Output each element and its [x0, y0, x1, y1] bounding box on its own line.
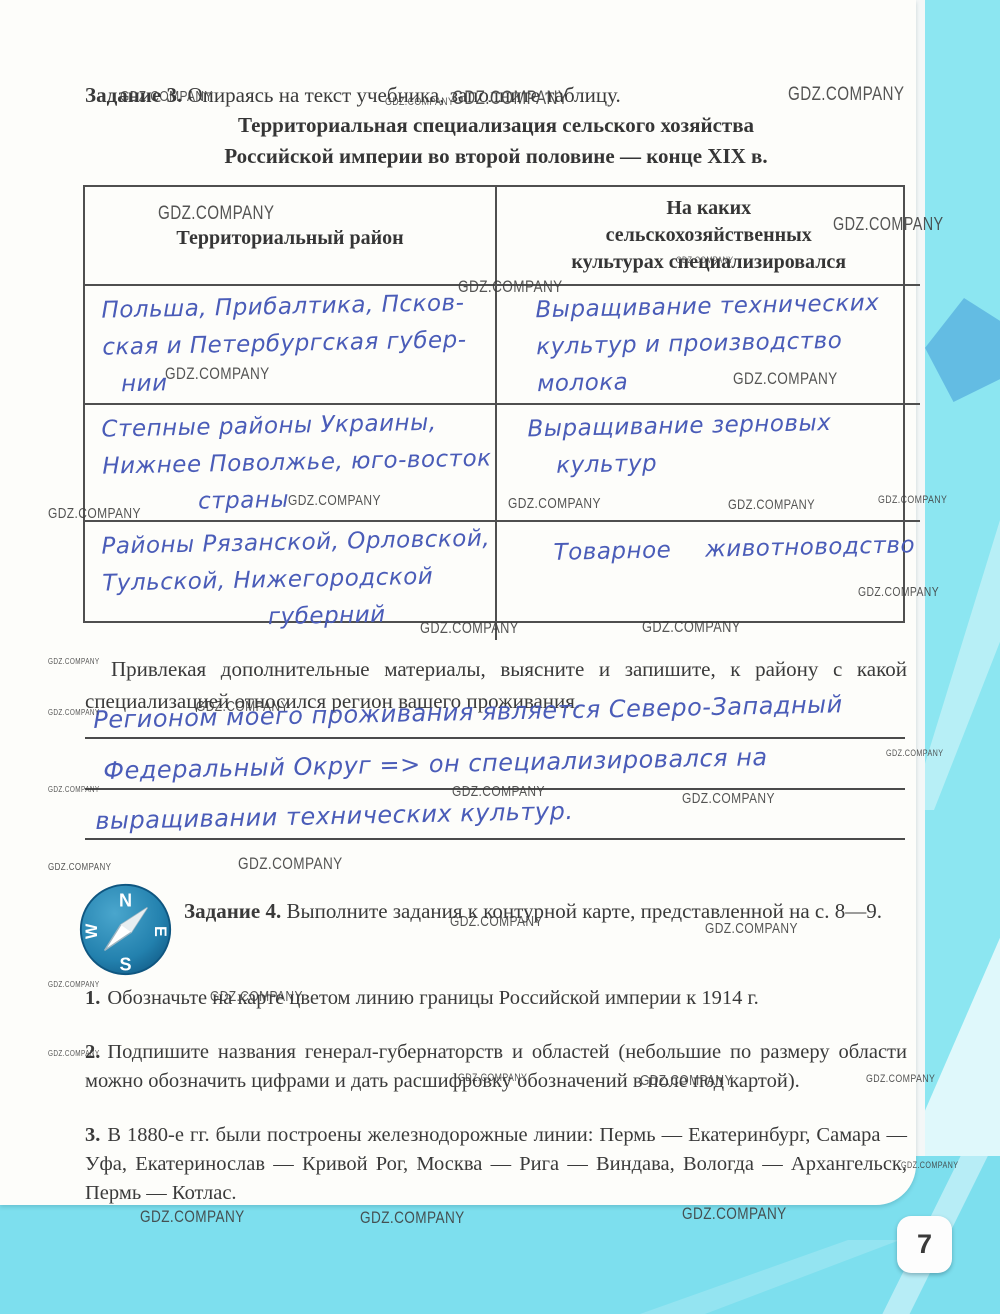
task4-item-3: 3.В 1880-е гг. были построены железнодор… — [85, 1121, 907, 1208]
handwriting-answer-2: Федеральный Округ => он специализировалс… — [103, 739, 768, 790]
handwriting-row2-culture: Выращивание зерновых культур — [497, 396, 922, 486]
item1-number: 1. — [85, 987, 100, 1009]
table-row1-region: Польша, Прибалтика, Псков- ская и Петерб… — [85, 286, 497, 405]
handwriting-row3-culture: Товарное животноводство — [497, 513, 921, 573]
hw-line: культур — [528, 440, 916, 485]
watermark: GDZ.COMPANY — [48, 785, 100, 794]
table-title-line2: Российской империи во второй половине — … — [85, 141, 907, 172]
watermark: GDZ.COMPANY — [886, 748, 943, 758]
table-title-line1: Территориальная специализация сельского … — [85, 110, 907, 141]
item3-text: В 1880-е гг. были построены железнодорож… — [85, 1124, 907, 1204]
watermark: GDZ.COMPANY — [682, 1204, 787, 1224]
task4-item-1: 1.Обозначьте на карте цветом линию грани… — [85, 984, 907, 1013]
watermark: GDZ.COMPANY — [705, 920, 798, 937]
task4-heading-label: Задание 4. — [184, 899, 281, 923]
watermark: GDZ.COMPANY — [238, 854, 343, 874]
compass-west-label: W — [83, 923, 101, 939]
watermark: GDZ.COMPANY — [676, 255, 733, 265]
watermark: GDZ.COMPANY — [48, 1049, 100, 1058]
watermark: GDZ.COMPANY — [360, 1208, 465, 1228]
watermark: GDZ.COMPANY — [420, 620, 519, 638]
handwriting-answer-3: выращивании технических культур. — [95, 793, 574, 840]
watermark: GDZ.COMPANY — [733, 369, 838, 389]
col1-header: Территориальный район — [85, 187, 497, 286]
compass-icon: N S W E — [78, 882, 173, 977]
compass-east-label: E — [151, 926, 169, 937]
watermark: GDZ.COMPANY — [48, 980, 100, 989]
watermark: GDZ.COMPANY — [452, 783, 545, 800]
handwriting-row1-region: Польша, Прибалтика, Псков- ская и Петерб… — [85, 277, 497, 404]
watermark: GDZ.COMPANY — [48, 862, 111, 873]
watermark: GDZ.COMPANY — [165, 364, 270, 384]
watermark: GDZ.COMPANY — [158, 203, 274, 225]
watermark: GDZ.COMPANY — [642, 619, 741, 637]
page-number-badge: 7 — [897, 1216, 952, 1273]
watermark: GDZ.COMPANY — [878, 494, 947, 506]
watermark: GDZ.COMPANY — [788, 84, 904, 106]
watermark: GDZ.COMPANY — [728, 496, 815, 512]
watermark: GDZ.COMPANY — [833, 214, 944, 235]
watermark: GDZ.COMPANY — [48, 657, 100, 666]
watermark: GDZ.COMPANY — [120, 88, 213, 105]
answer-line-3: выращивании технических культур. — [85, 796, 905, 840]
hw-line: Товарное животноводство — [553, 527, 915, 572]
item1-text: Обозначьте на карте цветом линию границы… — [107, 987, 758, 1009]
watermark: GDZ.COMPANY — [640, 1072, 733, 1089]
watermark: GDZ.COMPANY — [48, 505, 141, 522]
compass-south-label: S — [119, 954, 131, 974]
workbook-page: Задание 3. Опираясь на текст учебника, з… — [0, 0, 1000, 1314]
col2-header: На каких сельскохозяйственных культурах … — [497, 187, 920, 286]
table-row1-culture: Выращивание технических культур и произв… — [497, 286, 920, 405]
item3-number: 3. — [85, 1124, 100, 1146]
compass-north-label: N — [119, 891, 132, 911]
task4-item-2: 2.Подпишите названия генерал-губернаторс… — [85, 1038, 907, 1096]
table-title: Территориальная специализация сельского … — [85, 110, 907, 172]
watermark: GDZ.COMPANY — [458, 1072, 527, 1084]
watermark: GDZ.COMPANY — [452, 88, 568, 110]
watermark: GDZ.COMPANY — [48, 708, 100, 717]
watermark: GDZ.COMPANY — [210, 988, 303, 1005]
watermark: GDZ.COMPANY — [682, 790, 775, 807]
watermark: GDZ.COMPANY — [288, 492, 381, 509]
watermark: GDZ.COMPANY — [450, 913, 543, 930]
watermark: GDZ.COMPANY — [866, 1073, 935, 1085]
watermark: GDZ.COMPANY — [901, 1160, 958, 1170]
watermark: GDZ.COMPANY — [196, 698, 289, 715]
watermark: GDZ.COMPANY — [858, 584, 939, 599]
watermark: GDZ.COMPANY — [140, 1207, 245, 1227]
watermark: GDZ.COMPANY — [458, 277, 563, 297]
watermark: GDZ.COMPANY — [508, 495, 601, 512]
specialization-table: Территориальный район На каких сельскохо… — [83, 185, 905, 623]
watermark: GDZ.COMPANY — [385, 96, 454, 108]
